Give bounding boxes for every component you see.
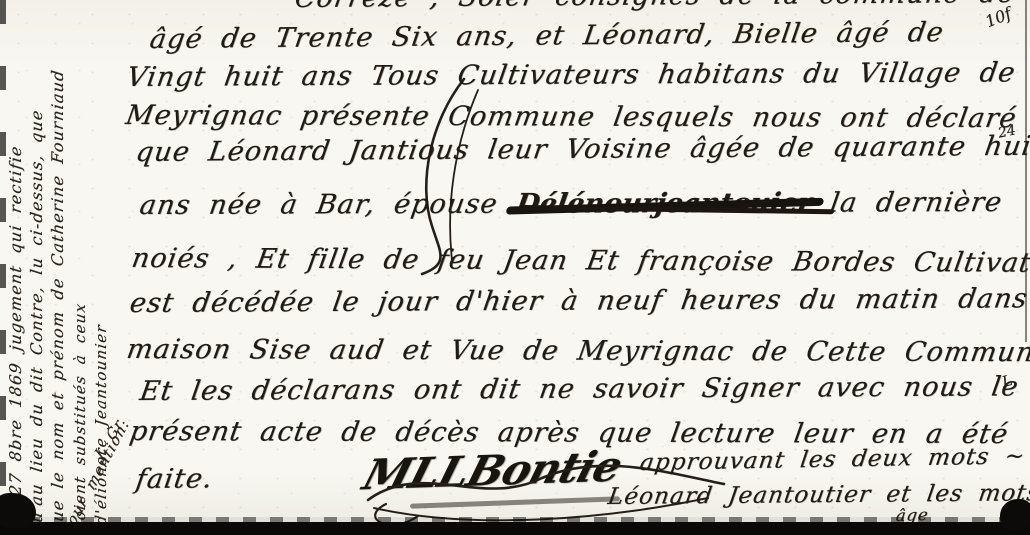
manuscript-line: Vingt huit ans Tous Cultivateurs habitan… — [125, 57, 1018, 93]
approval-note-line: approuvant les deux mots ~ — [638, 443, 1027, 476]
manuscript-line: âgé de Trente Six ans, et Léonard, Biell… — [148, 17, 946, 55]
scan-edge-left — [0, 0, 6, 535]
line-text-after-strike: la dernière — [809, 187, 1004, 219]
page-fold-line — [1025, 0, 1027, 342]
margin-note-line: Du 27 8bre 1869 jugement qui rectifie — [6, 144, 25, 533]
manuscript-line: maison Sise aud et Vue de Meyrignac de C… — [124, 334, 1030, 368]
manuscript-line-with-strikeout: ans née à Bar, épouse Délénourjeantouier… — [138, 187, 1005, 221]
line-text-before-strike: ans née à Bar, épouse — [138, 189, 519, 221]
approval-note-line: Léonard Jeantoutier et les mots — [606, 480, 1030, 510]
ink-blob-bottom-right — [1000, 499, 1030, 531]
margin-note-line: qu'au lieu du dit Contre, lu ci-dessus, … — [27, 108, 46, 535]
manuscript-line: est décédée le jour d'hier à neuf heures… — [128, 283, 1030, 319]
scanned-death-record: Du 27 8bre 1869 jugement qui rectifie qu… — [0, 0, 1030, 535]
margin-note-line: que le nom et prénom de Catherine Fourni… — [48, 68, 67, 534]
manuscript-line: noiés , Et fille de feu Jean Et françois… — [129, 243, 1030, 279]
manuscript-line: Meyrignac présente Commune lesquels nous… — [123, 100, 1019, 134]
manuscript-line: faite. — [134, 463, 215, 495]
scan-edge-bottom — [0, 522, 1030, 535]
manuscript-line-clipped: Corrèze , Soler consignés de la commune … — [293, 0, 1030, 14]
struck-name: Délénourjeantouier — [514, 188, 814, 220]
manuscript-line: Et les déclarans ont dit ne savoir Signe… — [138, 371, 1021, 407]
manuscript-line: que Léonard Jantious leur Voisine âgée d… — [134, 131, 1030, 168]
